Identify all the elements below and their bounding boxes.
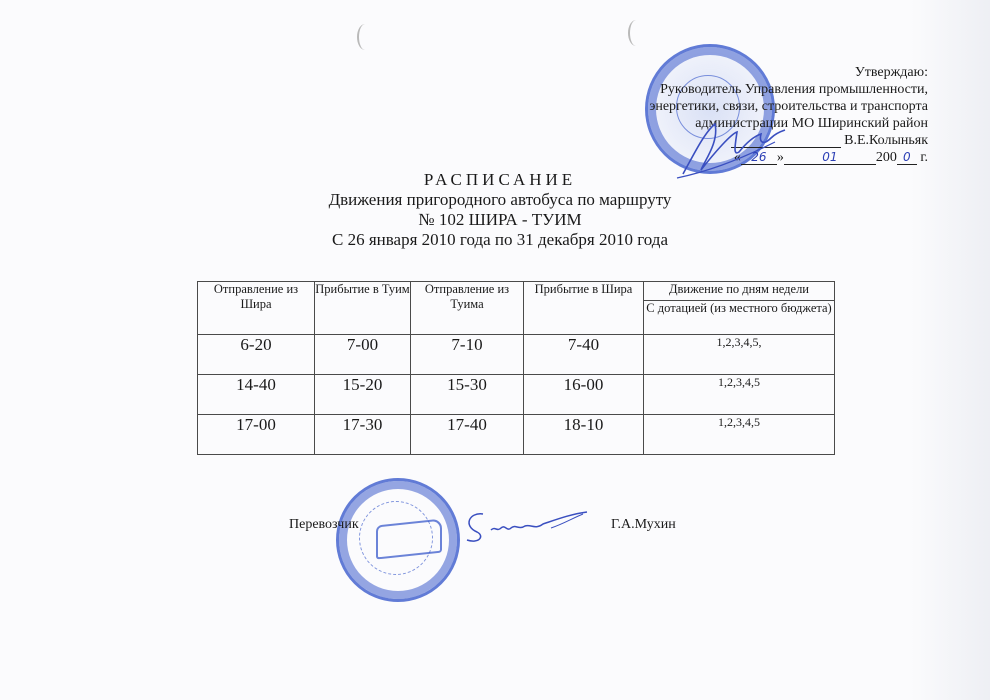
cell-arrive-shira: 7-40 bbox=[524, 335, 644, 375]
document-title: РАСПИСАНИЕ bbox=[290, 170, 710, 190]
header-depart-tuim: Отправление из Туима bbox=[411, 282, 524, 335]
cell-depart-shira: 6-20 bbox=[198, 335, 315, 375]
header-arrive-shira: Прибытие в Шира bbox=[524, 282, 644, 335]
cell-arrive-shira: 16-00 bbox=[524, 375, 644, 415]
date-year-suffix: 0 bbox=[897, 151, 917, 165]
table-row: 6-20 7-00 7-10 7-40 1,2,3,4,5, bbox=[198, 335, 835, 375]
cell-days: 1,2,3,4,5 bbox=[644, 415, 835, 455]
date-year-unit: г. bbox=[920, 150, 928, 165]
punch-hole-mark bbox=[628, 20, 644, 46]
schedule-table: Отправление из Шира Прибытие в Туим Отпр… bbox=[197, 281, 835, 455]
carrier-label: Перевозчик bbox=[289, 517, 359, 533]
approval-heading: Утверждаю: bbox=[608, 64, 928, 81]
date-month: 01 bbox=[784, 151, 876, 165]
bus-icon bbox=[376, 519, 442, 560]
table-row: 14-40 15-20 15-30 16-00 1,2,3,4,5 bbox=[198, 375, 835, 415]
document-title-block: РАСПИСАНИЕ Движения пригородного автобус… bbox=[290, 170, 710, 250]
header-depart-shira: Отправление из Шира bbox=[198, 282, 315, 335]
validity-period: С 26 января 2010 года по 31 декабря 2010… bbox=[290, 230, 710, 250]
cell-days: 1,2,3,4,5 bbox=[644, 375, 835, 415]
approval-signatory: В.Е.Колыньяк bbox=[844, 133, 928, 148]
approval-line-1: Руководитель Управления промышленности, bbox=[608, 81, 928, 98]
header-days-subsidy: С дотацией (из местного бюджета) bbox=[644, 301, 835, 335]
cell-arrive-tuim: 17-30 bbox=[315, 415, 411, 455]
carrier-name: Г.А.Мухин bbox=[611, 517, 676, 533]
carrier-signature-icon bbox=[455, 508, 595, 548]
cell-depart-shira: 14-40 bbox=[198, 375, 315, 415]
route-number: № 102 ШИРА - ТУИМ bbox=[290, 210, 710, 230]
cell-depart-tuim: 7-10 bbox=[411, 335, 524, 375]
cell-arrive-tuim: 15-20 bbox=[315, 375, 411, 415]
header-days-group: Движение по дням недели bbox=[644, 282, 835, 301]
cell-depart-tuim: 15-30 bbox=[411, 375, 524, 415]
header-arrive-tuim: Прибытие в Туим bbox=[315, 282, 411, 335]
table-header-row: Отправление из Шира Прибытие в Туим Отпр… bbox=[198, 282, 835, 301]
table-row: 17-00 17-30 17-40 18-10 1,2,3,4,5 bbox=[198, 415, 835, 455]
date-year-prefix: 200 bbox=[876, 150, 897, 165]
cell-depart-shira: 17-00 bbox=[198, 415, 315, 455]
cell-arrive-tuim: 7-00 bbox=[315, 335, 411, 375]
cell-arrive-shira: 18-10 bbox=[524, 415, 644, 455]
cell-depart-tuim: 17-40 bbox=[411, 415, 524, 455]
document-subtitle: Движения пригородного автобуса по маршру… bbox=[290, 190, 710, 210]
punch-hole-mark bbox=[357, 24, 373, 50]
cell-days: 1,2,3,4,5, bbox=[644, 335, 835, 375]
